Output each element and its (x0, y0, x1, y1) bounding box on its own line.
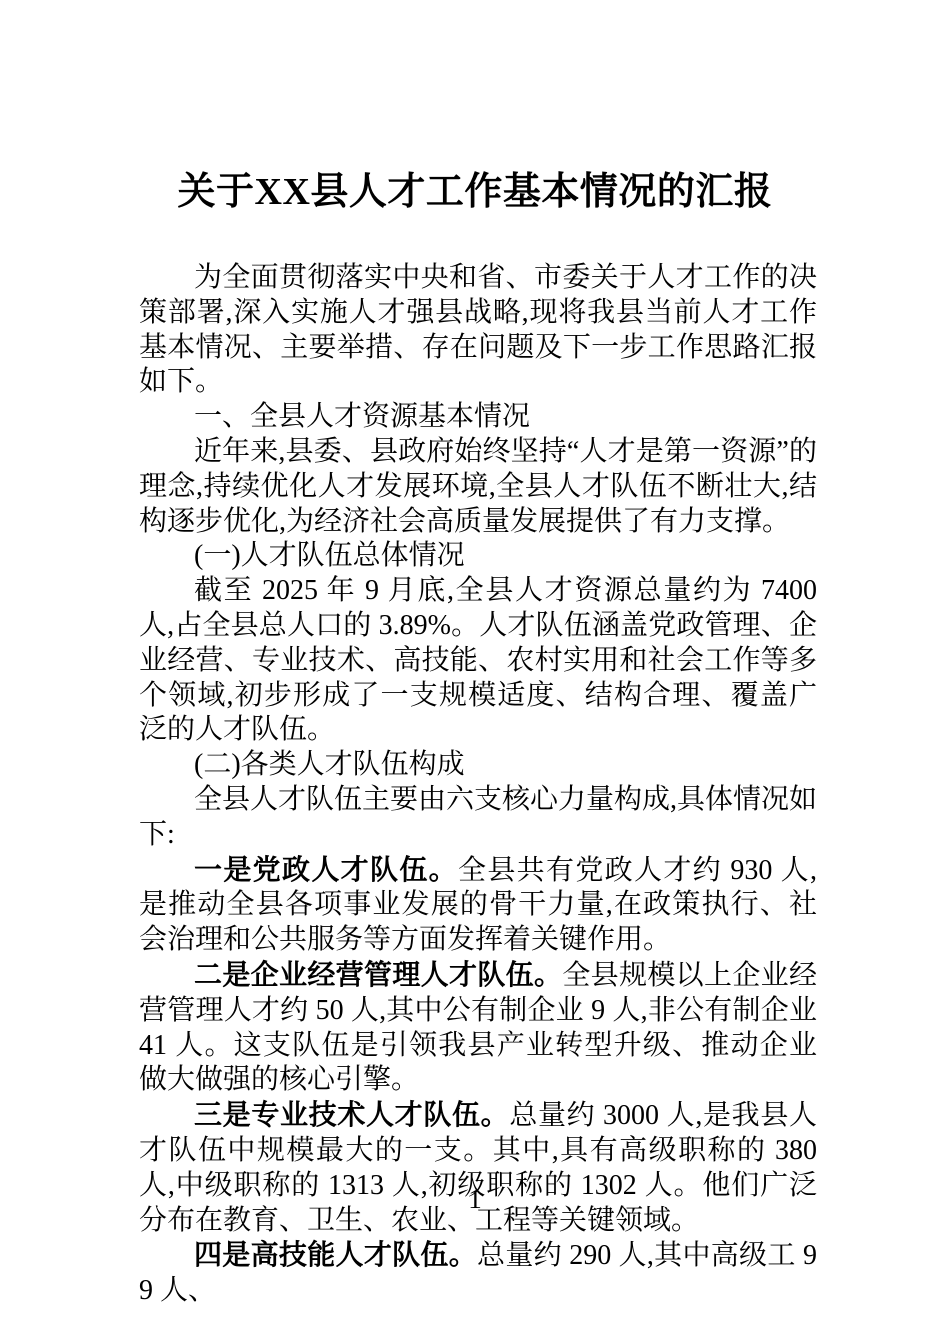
paragraph-lead: 三是专业技术人才队伍。 (194, 1099, 509, 1130)
paragraph-item-1: 一是党政人才队伍。全县共有党政人才约 930 人,是推动全县各项事业发展的骨干力… (139, 853, 817, 958)
paragraph-lead: 四是高技能人才队伍。 (194, 1239, 477, 1270)
paragraph-text: 为全面贯彻落实中央和省、市委关于人才工作的决策部署,深入实施人才强县战略,现将我… (139, 262, 817, 397)
sub-heading-1: (一)人才队伍总体情况 (139, 539, 817, 574)
paragraph-item-4: 四是高技能人才队伍。总量约 290 人,其中高级工 99 人、 (139, 1238, 817, 1309)
paragraph-total-situation: 截至 2025 年 9 月底,全县人才资源总量约为 7400 人,占全县总人口的… (139, 574, 817, 748)
paragraph-lead: 一是党政人才队伍。 (194, 854, 458, 885)
document-page: 关于XX县人才工作基本情况的汇报 为全面贯彻落实中央和省、市委关于人才工作的决策… (0, 0, 950, 1344)
paragraph-text: 截至 2025 年 9 月底,全县人才资源总量约为 7400 人,占全县总人口的… (139, 575, 817, 745)
paragraph-lead: 二是企业经营管理人才队伍。 (194, 959, 562, 990)
paragraph-overview: 近年来,县委、县政府始终坚持“人才是第一资源”的理念,持续优化人才发展环境,全县… (139, 435, 817, 539)
document-title: 关于XX县人才工作基本情况的汇报 (0, 0, 950, 214)
sub-heading-2: (二)各类人才队伍构成 (139, 748, 817, 783)
section-heading-1: 一、全县人才资源基本情况 (139, 400, 817, 435)
heading-text: (一)人才队伍总体情况 (194, 540, 465, 571)
page-number: 1 (0, 1183, 950, 1215)
paragraph-item-3: 三是专业技术人才队伍。总量约 3000 人,是我县人才队伍中规模最大的一支。其中… (139, 1098, 817, 1238)
paragraph-item-2: 二是企业经营管理人才队伍。全县规模以上企业经营管理人才约 50 人,其中公有制企… (139, 958, 817, 1098)
heading-text: (二)各类人才队伍构成 (194, 749, 465, 780)
paragraph-text: 全县人才队伍主要由六支核心力量构成,具体情况如下: (139, 784, 817, 850)
heading-text: 一、全县人才资源基本情况 (194, 401, 530, 432)
document-body: 为全面贯彻落实中央和省、市委关于人才工作的决策部署,深入实施人才强县战略,现将我… (139, 261, 817, 1309)
paragraph-text: 近年来,县委、县政府始终坚持“人才是第一资源”的理念,持续优化人才发展环境,全县… (139, 436, 817, 537)
paragraph-composition-intro: 全县人才队伍主要由六支核心力量构成,具体情况如下: (139, 783, 817, 853)
paragraph-intro: 为全面贯彻落实中央和省、市委关于人才工作的决策部署,深入实施人才强县战略,现将我… (139, 261, 817, 400)
